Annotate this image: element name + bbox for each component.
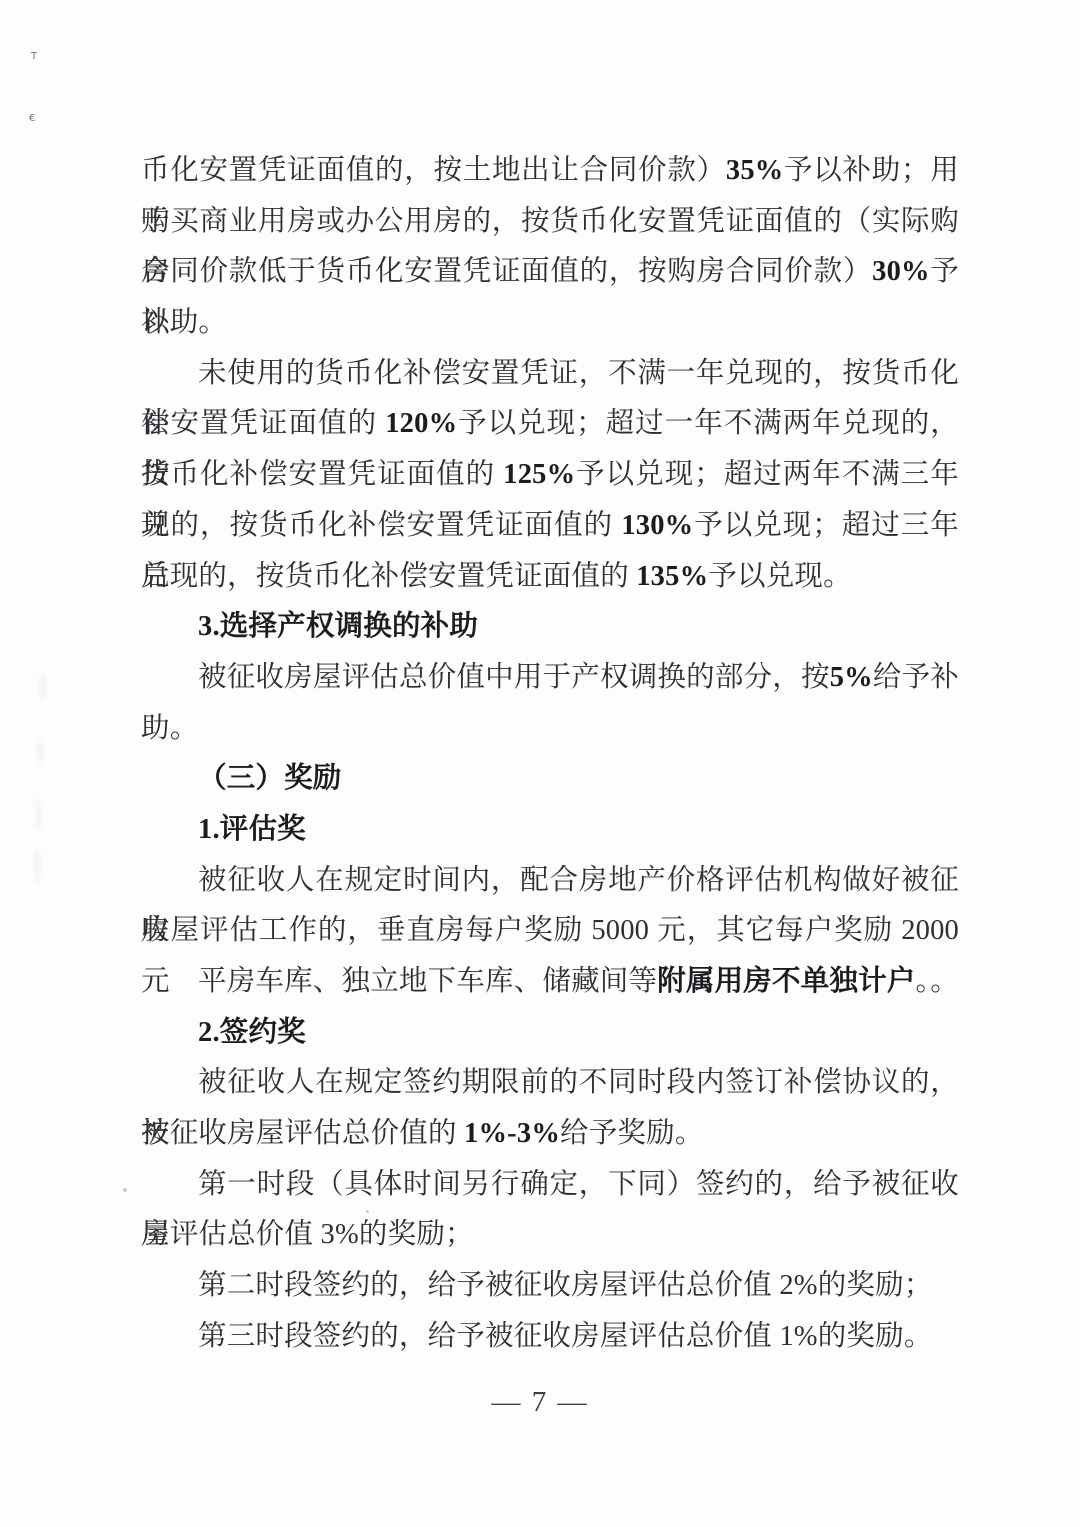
scanned-document-page: 币化安置凭证面值的，按土地出让合同价款）35%予以补助；用于购买商业用房或办公用… [0,0,1080,1527]
text-line: 币化安置凭证面值的，按土地出让合同价款）35%予以补助；用于 [141,146,959,197]
bold-text-segment: 3.选择产权调换的补助 [198,611,478,642]
text-segment: 。 [916,966,945,997]
text-segment: 平房车库、独立地下车库、储藏间等 [198,966,657,997]
bold-text-segment: 35% [726,155,784,186]
bold-text-segment: 30% [872,256,930,287]
text-line: 偿安置凭证面值的 120%予以兑现；超过一年不满两年兑现的，按 [141,399,959,450]
text-segment: 助。 [141,713,198,744]
text-line: 合同价款低于货币化安置凭证面值的，按购房合同价款）30%予以 [141,247,959,298]
text-segment: 合同价款低于货币化安置凭证面值的，按购房合同价款） [141,256,872,287]
text-line: 未使用的货币化补偿安置凭证，不满一年兑现的，按货币化补 [141,349,959,400]
text-segment: 被征收房屋评估总价值中用于产权调换的部分，按 [198,662,830,693]
bold-text-segment: 2.签约奖 [198,1017,306,1048]
text-line: 被征收房屋评估总价值的 1%-3%给予奖励。 [141,1109,959,1160]
scan-artifact-smudge [40,672,45,702]
bold-text-segment: 130% [621,510,693,541]
bold-text-segment: 135% [636,561,708,592]
text-segment: 偿安置凭证面值的 [141,408,385,439]
bold-text-segment: （三）奖励 [198,763,342,794]
text-segment: 币化安置凭证面值的，按土地出让合同价款） [141,155,726,186]
text-line: 被征收房屋评估总价值中用于产权调换的部分，按5%给予补 [141,653,959,704]
scan-artifact-smudge [35,848,40,886]
text-line: 货币化补偿安置凭证面值的 125%予以兑现；超过两年不满三年兑 [141,450,959,501]
text-line: 购买商业用房或办公用房的，按货币化安置凭证面值的（实际购房 [141,197,959,248]
document-body: 币化安置凭证面值的，按土地出让合同价款）35%予以补助；用于购买商业用房或办公用… [141,146,959,1363]
text-line: 房屋评估工作的，垂直房每户奖励 5000 元，其它每户奖励 2000 元。 [141,906,959,957]
text-line: 被征收人在规定签约期限前的不同时段内签订补偿协议的，按 [141,1058,959,1109]
text-line: 兑现的，按货币化补偿安置凭证面值的 135%予以兑现。 [141,552,959,603]
text-line: 被征收人在规定时间内，配合房地产价格评估机构做好被征收 [141,856,959,907]
text-segment: 第二时段签约的，给予被征收房屋评估总价值 2%的奖励； [198,1270,933,1301]
bold-text-segment: 5% [830,662,873,693]
text-line: 第二时段签约的，给予被征收房屋评估总价值 2%的奖励； [141,1261,959,1312]
scan-artifact-smudge [38,736,43,764]
text-segment: 货币化补偿安置凭证面值的 [141,459,503,490]
bold-text-segment: 1%-3% [464,1118,560,1149]
text-segment: 屋评估总价值 3%的奖励； [141,1219,474,1250]
heading-line: 1.评估奖 [141,805,959,856]
bold-text-segment: 附属用房不单独计户 [657,966,915,997]
scan-artifact-dot [123,1188,127,1192]
heading-line: 2.签约奖 [141,1008,959,1059]
scan-artifact-glyph: T [31,51,37,62]
text-segment: 被征收房屋评估总价值的 [141,1118,464,1149]
scan-artifact-glyph: € [29,113,35,124]
heading-line: （三）奖励 [141,754,959,805]
text-segment: 现的，按货币化补偿安置凭证面值的 [141,510,621,541]
text-line: 第三时段签约的，给予被征收房屋评估总价值 1%的奖励。 [141,1312,959,1363]
bold-text-segment: 125% [503,459,575,490]
text-segment: 予以兑现。 [708,561,852,592]
text-line: 补助。 [141,298,959,349]
text-segment: 兑现的，按货币化补偿安置凭证面值的 [141,561,636,592]
heading-line: 3.选择产权调换的补助 [141,602,959,653]
text-segment: 第三时段签约的，给予被征收房屋评估总价值 1%的奖励。 [198,1321,933,1352]
text-line: 第一时段（具体时间另行确定，下同）签约的，给予被征收房 [141,1160,959,1211]
page-number: — 7 — [0,1386,1080,1419]
text-line: 屋评估总价值 3%的奖励； [141,1210,959,1261]
text-line: 现的，按货币化补偿安置凭证面值的 130%予以兑现；超过三年后 [141,501,959,552]
text-segment: 补助。 [141,307,227,338]
text-segment: 给予奖励。 [560,1118,704,1149]
scan-artifact-smudge [36,798,41,832]
text-line: 助。 [141,704,959,755]
text-line: 平房车库、独立地下车库、储藏间等附属用房不单独计户。 [141,957,959,1008]
bold-text-segment: 1.评估奖 [198,814,306,845]
bold-text-segment: 120% [385,408,457,439]
text-segment: 给予补 [873,662,959,693]
